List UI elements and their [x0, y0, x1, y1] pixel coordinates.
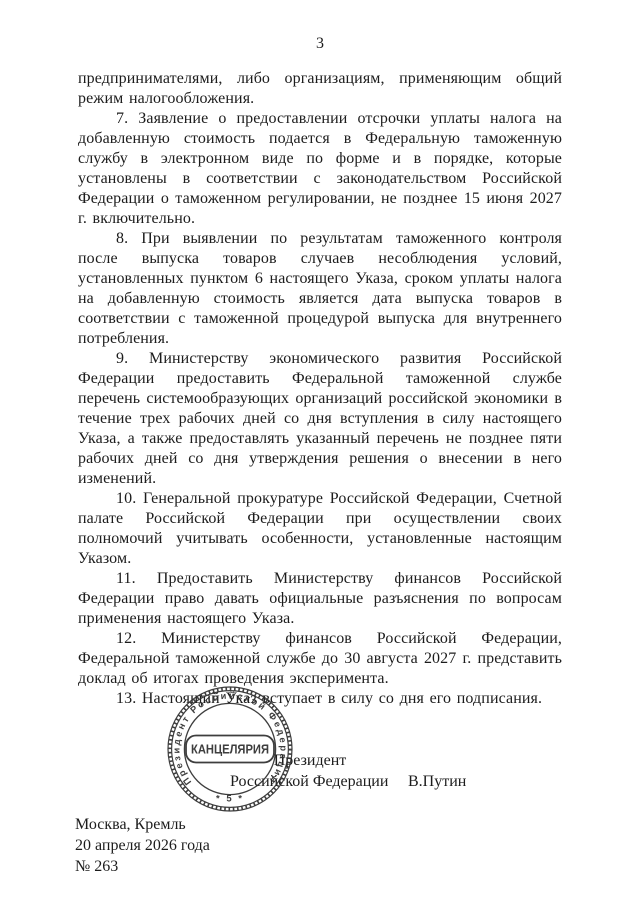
page-number: 3: [0, 35, 640, 53]
document-body: предпринимателями, либо организациям, пр…: [78, 69, 562, 709]
paragraph-continuation: предпринимателями, либо организациям, пр…: [78, 69, 562, 109]
paragraph-8: 8. При выявлении по результатам таможенн…: [78, 229, 562, 349]
paragraph-7: 7. Заявление о предоставлении отсрочки у…: [78, 109, 562, 229]
footer-block: Москва, Кремль 20 апреля 2026 года № 263: [75, 814, 210, 877]
footer-number: № 263: [75, 856, 210, 877]
footer-date: 20 апреля 2026 года: [75, 835, 210, 856]
stamp-center-label: КАНЦЕЛЯРИЯ: [191, 742, 269, 757]
chancellery-stamp-icon: Президент Российской Федерации * 5 * КАН…: [160, 679, 300, 819]
signature-name: В.Путин: [408, 773, 466, 791]
paragraph-13: 13. Настоящий Указ вступает в силу со дн…: [78, 689, 562, 709]
stamp-number: * 5 *: [216, 794, 244, 805]
paragraph-10: 10. Генеральной прокуратуре Российской Ф…: [78, 489, 562, 569]
document-page: { "page": { "number": "3" }, "doc": { "p…: [0, 0, 640, 905]
paragraph-11: 11. Предоставить Министерству финансов Р…: [78, 569, 562, 629]
paragraph-9: 9. Министерству экономического развития …: [78, 349, 562, 489]
paragraph-12: 12. Министерству финансов Российской Фед…: [78, 629, 562, 689]
